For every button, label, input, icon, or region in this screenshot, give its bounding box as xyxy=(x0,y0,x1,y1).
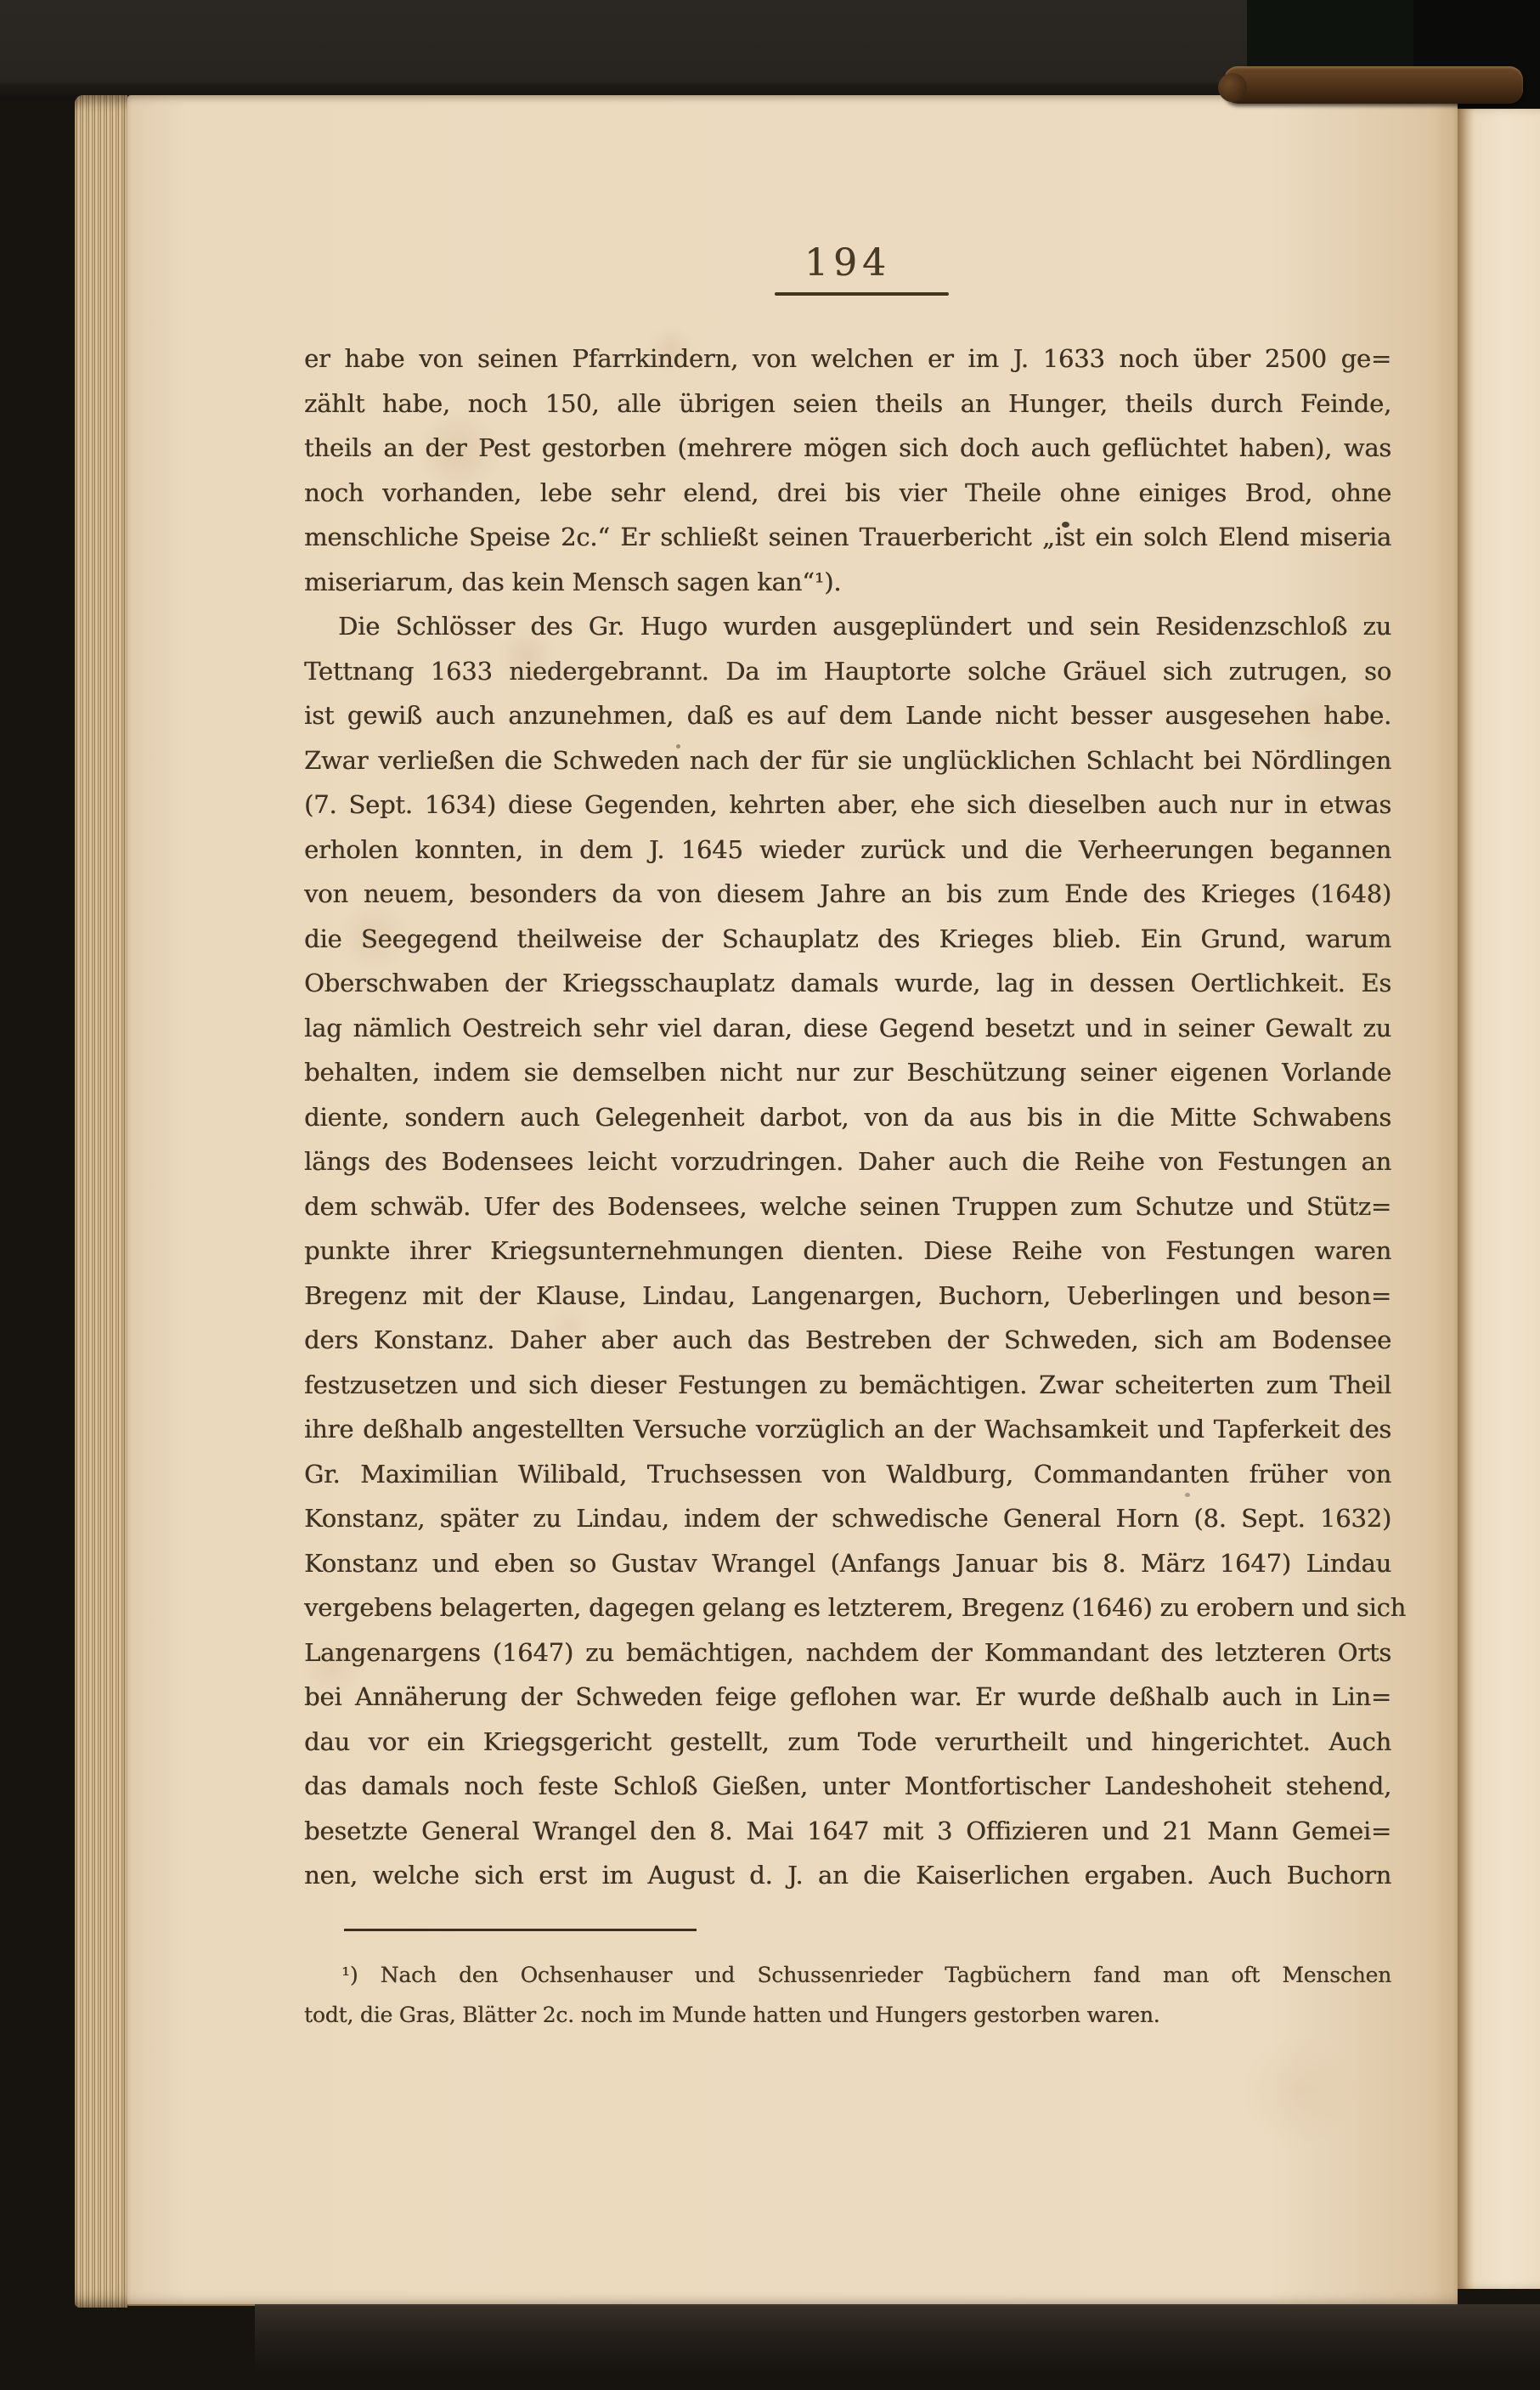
footnote-block: ¹) Nach den Ochsenhauser und Schussenrie… xyxy=(304,1955,1391,2035)
facing-page-edge xyxy=(1458,109,1540,2289)
text-line: ihre deßhalb angestellten Versuche vorzü… xyxy=(304,1407,1391,1452)
footnote-separator-rule xyxy=(344,1929,697,1931)
footnote-line: todt, die Gras, Blätter 2c. noch im Mund… xyxy=(304,1995,1391,2035)
headband-cord-knot xyxy=(1218,73,1247,102)
text-line: dem schwäb. Ufer des Bodensees, welche s… xyxy=(304,1184,1391,1229)
text-line: besetzte General Wrangel den 8. Mai 1647… xyxy=(304,1809,1391,1854)
text-line: nen, welche sich erst im August d. J. an… xyxy=(304,1853,1391,1898)
text-line: das damals noch feste Schloß Gießen, unt… xyxy=(304,1764,1391,1809)
text-line: von neuem, besonders da von diesem Jahre… xyxy=(304,872,1391,917)
text-line: ist gewiß auch anzunehmen, daß es auf de… xyxy=(304,693,1391,738)
body-text-block: er habe von seinen Pfarrkindern, von wel… xyxy=(304,336,1391,1898)
text-line: Gr. Maximilian Wilibald, Truchsessen von… xyxy=(304,1452,1391,1497)
text-line: die Seegegend theilweise der Schauplatz … xyxy=(304,917,1391,962)
text-line: erholen konnten, in dem J. 1645 wieder z… xyxy=(304,828,1391,873)
text-line: längs des Bodensees leicht vorzudringen.… xyxy=(304,1139,1391,1184)
text-line: dau vor ein Kriegsgericht gestellt, zum … xyxy=(304,1720,1391,1765)
photographed-book-page: 194 er habe von seinen Pfarrkindern, von… xyxy=(0,0,1540,2390)
text-line: behalten, indem sie demselben nicht nur … xyxy=(304,1050,1391,1095)
text-line: punkte ihrer Kriegsunternehmungen diente… xyxy=(304,1229,1391,1274)
text-line-paragraph-end: miseriarum, das kein Mensch sagen kan“¹)… xyxy=(304,560,1391,605)
footnote-line: ¹) Nach den Ochsenhauser und Schussenrie… xyxy=(304,1955,1391,1995)
headband-cord xyxy=(1224,66,1523,104)
text-line: noch vorhanden, lebe sehr elend, drei bi… xyxy=(304,471,1391,516)
text-line: zählt habe, noch 150, alle übrigen seien… xyxy=(304,381,1391,427)
text-line: festzusetzen und sich dieser Festungen z… xyxy=(304,1363,1391,1408)
page-number: 194 xyxy=(304,241,1391,285)
text-line-paragraph-start: Die Schlösser des Gr. Hugo wurden ausgep… xyxy=(304,604,1391,649)
text-line: bei Annäherung der Schweden feige gefloh… xyxy=(304,1675,1391,1720)
text-line: vergebens belagerten, dagegen gelang es … xyxy=(304,1585,1391,1630)
text-line: menschliche Speise 2c.“ Er schließt sein… xyxy=(304,515,1391,560)
text-line: Konstanz und eben so Gustav Wrangel (Anf… xyxy=(304,1541,1391,1586)
text-line: Oberschwaben der Kriegsschauplatz damals… xyxy=(304,961,1391,1006)
text-line: ders Konstanz. Daher aber auch das Bestr… xyxy=(304,1318,1391,1363)
text-line: er habe von seinen Pfarrkindern, von wel… xyxy=(304,336,1391,381)
text-line: Langenargens (1647) zu bemächtigen, nach… xyxy=(304,1630,1391,1675)
text-line: Konstanz, später zu Lindau, indem der sc… xyxy=(304,1496,1391,1541)
page-stack-fore-edge xyxy=(75,95,127,2308)
text-line: theils an der Pest gestorben (mehrere mö… xyxy=(304,426,1391,471)
text-line: diente, sondern auch Gelegenheit darbot,… xyxy=(304,1095,1391,1140)
page-number-rule xyxy=(775,292,949,296)
page-bottom-shadow xyxy=(255,2304,1540,2370)
text-line: Tettnang 1633 niedergebrannt. Da im Haup… xyxy=(304,649,1391,694)
text-line: Zwar verließen die Schweden nach der für… xyxy=(304,738,1391,783)
text-line: (7. Sept. 1634) diese Gegenden, kehrten … xyxy=(304,783,1391,828)
text-line: lag nämlich Oestreich sehr viel daran, d… xyxy=(304,1006,1391,1051)
text-line: Bregenz mit der Klause, Lindau, Langenar… xyxy=(304,1274,1391,1319)
